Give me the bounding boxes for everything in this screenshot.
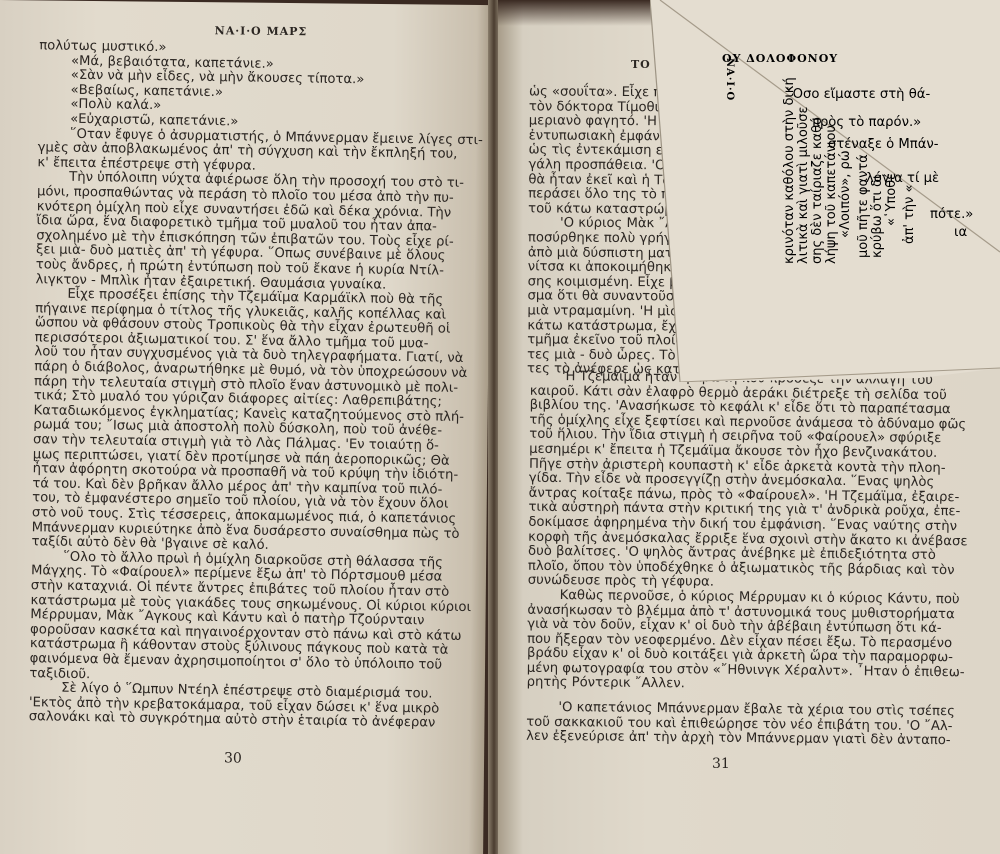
fold-rotated-line: λιτικὰ καὶ γιατὶ μιλοῦσε xyxy=(796,106,811,264)
fold-rotated-line: «῾Υποθέ xyxy=(884,173,899,226)
fold-rotated-line: κρινόταν καθόλου στὴν δική xyxy=(782,77,797,264)
left-page: ΝΑ·Ι·Ο ΜΑΡΣ πολύτως μυστικό.»«Μά, βεβαιό… xyxy=(0,0,492,854)
fold-line: ια xyxy=(954,226,967,241)
fold-line: ῞Οσο εἴμαστε στὴ θά- xyxy=(786,88,930,103)
right-page-body: 'Η Τζεμάϊμα ἦταν ἡ πρώτη ποὺ πρόσεξε τὴν… xyxy=(526,370,969,749)
left-page-number: 30 xyxy=(224,750,242,766)
book-spread: ΝΑ·Ι·Ο ΜΑΡΣ πολύτως μυστικό.»«Μά, βεβαιό… xyxy=(0,0,1000,854)
left-page-body: πολύτως μυστικό.»«Μά, βεβαιότατα, καπετά… xyxy=(29,39,485,732)
fold-rotated-line: ἀπ' τὴν « xyxy=(902,184,917,244)
fold-rotated-line: σης δὲν ταίριαζε καθό xyxy=(810,117,825,264)
fold-rotated-line: «Λοιπόν», ρώ xyxy=(838,150,853,238)
fold-header: ΟΥ ΔΟΛΟΦΟΝΟΥ xyxy=(722,52,838,65)
fold-rotated-line: μοῦ πῆτε φαντά xyxy=(856,154,871,258)
right-page-number: 31 xyxy=(712,756,730,772)
fold-side-header: ΝΑ·Ι·Ο xyxy=(724,58,735,101)
fold-line: πότε.» xyxy=(930,208,973,223)
fold-rotated-line: λήψη τοῦ καπετάνιου xyxy=(824,125,839,264)
left-page-header: ΝΑ·Ι·Ο ΜΑΡΣ xyxy=(215,24,308,38)
text-line: λεν ἐξενεύρισε ἀπ' τὴν ἀρχὴ τὸν Μπάννερμ… xyxy=(526,730,965,749)
fold-rotated-line: κρύβω ὅτι δι xyxy=(870,175,885,258)
